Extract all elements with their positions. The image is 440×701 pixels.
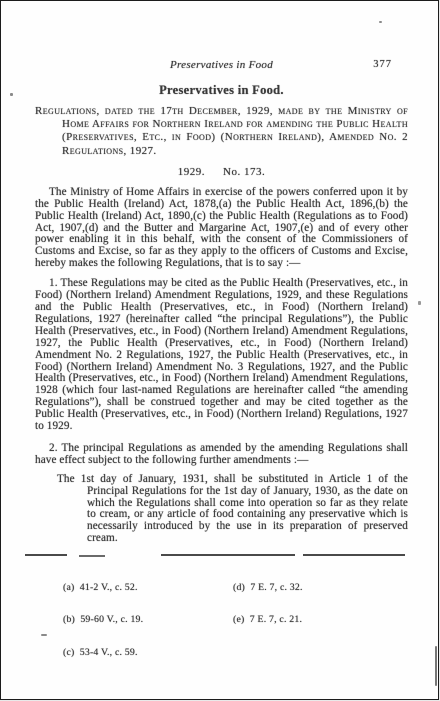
page-content: Preservatives in Food 377 Preservatives … bbox=[35, 59, 408, 561]
footnotes-left-column: (a) 41-2 V., c. 52. (b) 59-60 V., c. 19.… bbox=[63, 561, 143, 680]
document-number-line: 1929.No. 173. bbox=[35, 166, 408, 178]
document-title: Preservatives in Food. bbox=[35, 83, 408, 98]
amendment-block: The 1st day of January, 1931, shall be s… bbox=[57, 474, 408, 545]
scan-artifact bbox=[379, 21, 382, 23]
scan-artifact bbox=[418, 301, 421, 305]
scan-artifact bbox=[435, 646, 437, 686]
footnote-a: (a) 41-2 V., c. 52. bbox=[63, 583, 143, 594]
running-header: Preservatives in Food 377 bbox=[35, 59, 408, 72]
intro-paragraph: The Ministry of Home Affairs in exercise… bbox=[35, 187, 408, 270]
document-year: 1929. bbox=[178, 166, 205, 178]
scan-artifact bbox=[41, 634, 47, 636]
footnote-c: (c) 53-4 V., c. 59. bbox=[63, 648, 143, 659]
running-header-title: Preservatives in Food bbox=[170, 59, 273, 71]
clause-2-paragraph: 2. The principal Regulations as amended … bbox=[35, 443, 408, 467]
footnote-b: (b) 59-60 V., c. 19. bbox=[63, 615, 143, 626]
clause-1-paragraph: 1. These Regulations may be cited as the… bbox=[35, 278, 408, 433]
regulation-heading: Regulations, dated the 17th December, 19… bbox=[35, 105, 408, 158]
document-number: No. 173. bbox=[223, 166, 265, 178]
footnote-rule bbox=[35, 554, 408, 557]
footnote-d: (d) 7 E. 7, c. 32. bbox=[233, 583, 303, 594]
footnotes-right-column: (d) 7 E. 7, c. 32. (e) 7 E. 7, c. 21. bbox=[233, 561, 303, 647]
scan-artifact bbox=[10, 93, 13, 96]
footnote-e: (e) 7 E. 7, c. 21. bbox=[233, 615, 303, 626]
scanned-document-page: Preservatives in Food 377 Preservatives … bbox=[0, 0, 439, 700]
page-number: 377 bbox=[373, 59, 392, 70]
